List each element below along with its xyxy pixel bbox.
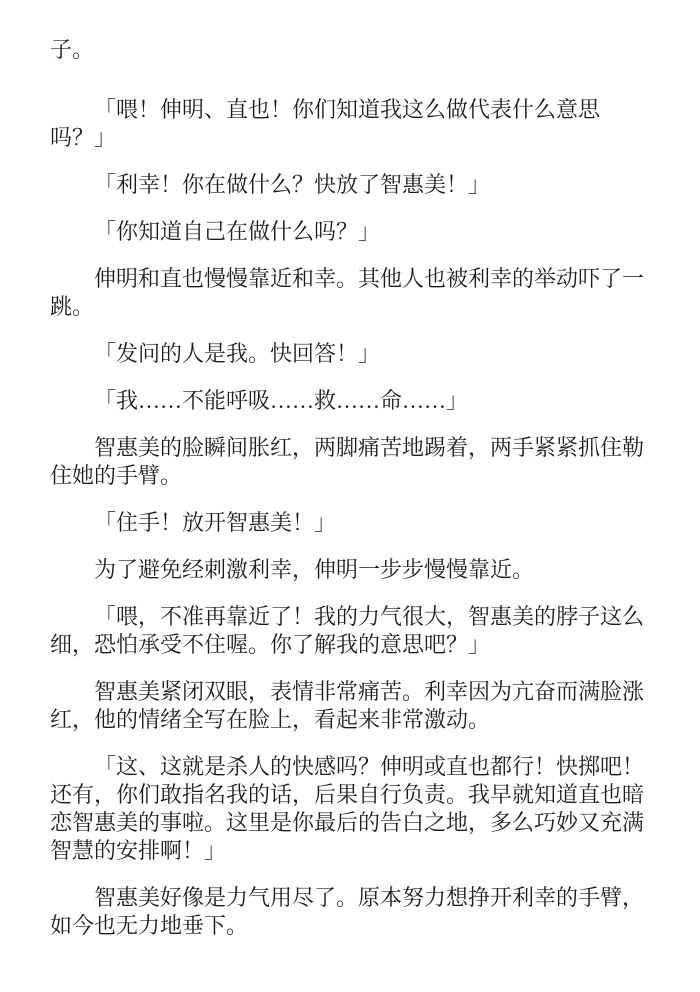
paragraph: 智惠美紧闭双眼，表情非常痛苦。利幸因为亢奋而满脸涨 红，他的情绪全写在脸上，看起…	[50, 678, 652, 734]
paragraph: 「你知道自己在做什么吗？」	[50, 218, 652, 246]
book-page: 子。「喂！伸明、直也！你们知道我这么做代表什么意思 吗？」「利幸！你在做什么？快…	[0, 0, 700, 992]
paragraph: 「喂！伸明、直也！你们知道我这么做代表什么意思 吗？」	[50, 96, 652, 152]
paragraph: 为了避免经刺激利幸，伸明一步步慢慢靠近。	[50, 556, 652, 584]
paragraph: 「这、这就是杀人的快感吗？伸明或直也都行！快掷吧！ 还有，你们敢指名我的话，后果…	[50, 753, 652, 865]
paragraph: 伸明和直也慢慢靠近和幸。其他人也被利幸的举动吓了一 跳。	[50, 265, 652, 321]
paragraph: 子。	[50, 36, 652, 64]
paragraph: 智惠美的脸瞬间胀红，两脚痛苦地踢着，两手紧紧抓住勒 住她的手臂。	[50, 434, 652, 490]
paragraph: 「喂，不准再靠近了！我的力气很大，智惠美的脖子这么 细，恐怕承受不住喔。你了解我…	[50, 603, 652, 659]
paragraph: 「利幸！你在做什么？快放了智惠美！」	[50, 171, 652, 199]
page-body: 子。「喂！伸明、直也！你们知道我这么做代表什么意思 吗？」「利幸！你在做什么？快…	[50, 36, 652, 940]
paragraph: 智惠美好像是力气用尽了。原本努力想挣开利幸的手臂， 如今也无力地垂下。	[50, 884, 652, 940]
paragraph: 「我……不能呼吸……救……命……」	[50, 387, 652, 415]
paragraph: 「住手！放开智惠美！」	[50, 509, 652, 537]
paragraph: 「发问的人是我。快回答！」	[50, 340, 652, 368]
